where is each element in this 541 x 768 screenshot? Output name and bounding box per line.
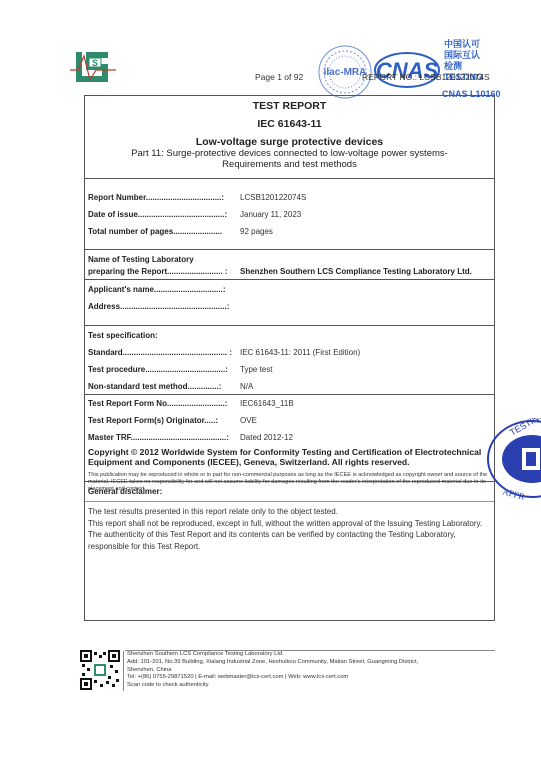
approved-stamp: TESTING APPR [484, 418, 541, 500]
svg-text:S: S [92, 58, 98, 68]
field-standard: Standard................................… [88, 348, 232, 357]
subject-title: Low-voltage surge protective devices [85, 136, 494, 148]
footer-company: Shenzhen Southern LCS Compliance Testing… [127, 651, 418, 659]
footer-scan-note: Scan code to check authenticity [127, 682, 418, 690]
page-number: Page 1 of 92 [255, 72, 303, 82]
disclaimer-heading: General disclaimer: [88, 487, 162, 496]
subject-subtitle: Part 11: Surge-protective devices connec… [85, 148, 494, 170]
field-address: Address.................................… [88, 302, 229, 311]
qr-code[interactable] [80, 650, 120, 690]
field-test-procedure: Test procedure..........................… [88, 365, 228, 374]
standard-title: IEC 61643-11 [85, 118, 494, 130]
divider [85, 325, 494, 326]
field-trf-no: Test Report Form No.....................… [88, 399, 227, 408]
footer-separator [123, 651, 124, 691]
field-testing-lab-name: preparing the Report....................… [88, 267, 228, 276]
copyright-notice: Copyright © 2012 Worldwide System for Co… [88, 447, 481, 467]
footer-address-city: Shenzhen, China [127, 667, 418, 675]
svg-text:APPR: APPR [501, 486, 525, 500]
report-title: TEST REPORT [85, 100, 494, 112]
field-testing-lab: Name of Testing Laboratory [88, 255, 194, 264]
divider [85, 501, 494, 502]
footer-info: Shenzhen Southern LCS Compliance Testing… [127, 651, 418, 690]
divider [85, 279, 494, 280]
divider [85, 249, 494, 250]
field-non-standard: Non-standard test method..............:N… [88, 382, 221, 391]
field-date-of-issue: Date of issue...........................… [88, 210, 227, 219]
field-report-number: Report Number...........................… [88, 193, 224, 202]
cnas-logo: CNAS [373, 48, 441, 88]
footer-contact: Tel: +(86) 0755-29871520 | E-mail: webma… [127, 674, 418, 682]
report-frame: TEST REPORT IEC 61643-11 Low-voltage sur… [84, 95, 495, 621]
disclaimer-text: The test results presented in this repor… [88, 506, 493, 552]
lcs-logo: S [70, 50, 118, 86]
field-applicant: Applicant's name........................… [88, 285, 225, 294]
svg-text:TESTING: TESTING [508, 418, 541, 438]
field-master-trf: Master TRF..............................… [88, 433, 229, 442]
footer-address: Add: 101-201, No.39 Building, Xialang In… [127, 659, 418, 667]
svg-text:ilac-MRA: ilac-MRA [324, 67, 367, 78]
field-trf-originator: Test Report Form(s) Originator.....:OVE [88, 416, 218, 425]
field-total-pages: Total number of pages...................… [88, 227, 222, 236]
test-spec-heading: Test specification: [88, 331, 158, 340]
divider [85, 394, 494, 395]
divider [85, 178, 494, 179]
report-number-header: REPORT NO.: LCSB120122074S [362, 72, 490, 82]
divider [85, 481, 494, 482]
